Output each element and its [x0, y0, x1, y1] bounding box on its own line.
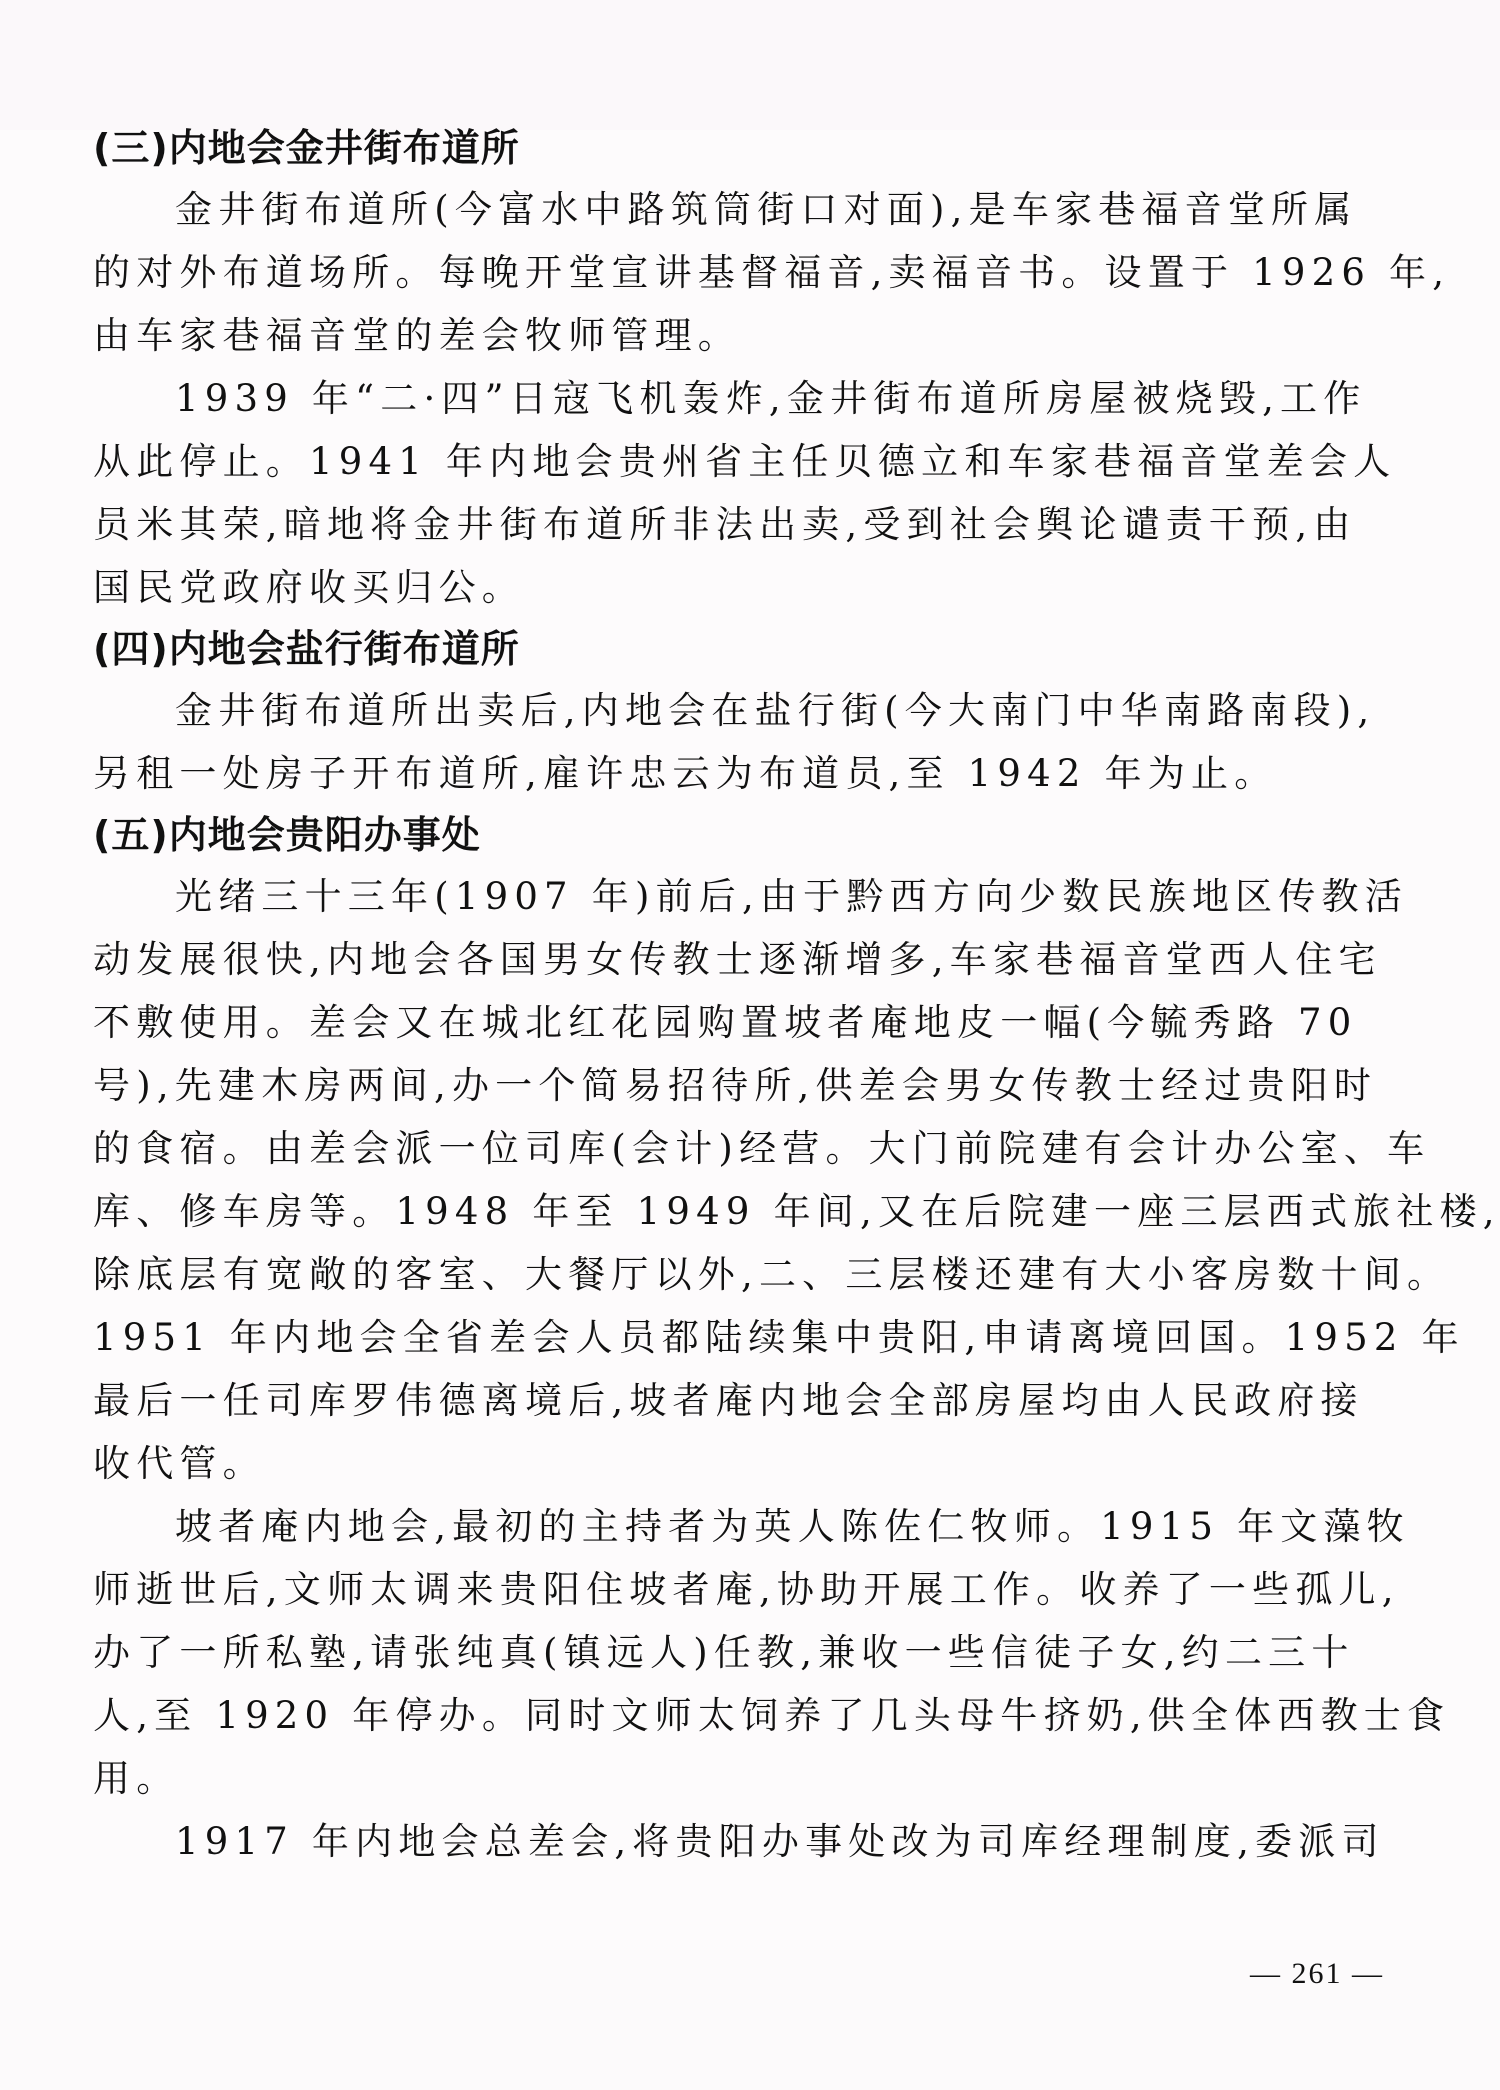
- section-heading-4: (四)内地会盐行街布道所: [93, 619, 1423, 679]
- page-top-margin: [0, 0, 1500, 130]
- paragraph-line: 的食宿。由差会派一位司库(会计)经营。大门前院建有会计办公室、车: [93, 1117, 1423, 1180]
- paragraph-line: 由车家巷福音堂的差会牧师管理。: [93, 304, 1423, 367]
- paragraph-line: 除底层有宽敞的客室、大餐厅以外,二、三层楼还建有大小客房数十间。: [93, 1243, 1423, 1306]
- paragraph-line: 从此停止。1941 年内地会贵州省主任贝德立和车家巷福音堂差会人: [93, 430, 1423, 493]
- section-heading-5: (五)内地会贵阳办事处: [93, 805, 1423, 865]
- paragraph-line: 1951 年内地会全省差会人员都陆续集中贵阳,申请离境回国。1952 年: [93, 1306, 1423, 1369]
- paragraph-line: 不敷使用。差会又在城北红花园购置坡者庵地皮一幅(今毓秀路 70: [93, 991, 1423, 1054]
- paragraph-line: 动发展很快,内地会各国男女传教士逐渐增多,车家巷福音堂西人住宅: [93, 928, 1423, 991]
- paragraph-line: 1939 年“二·四”日寇飞机轰炸,金井街布道所房屋被烧毁,工作: [93, 367, 1423, 430]
- paragraph-line: 1917 年内地会总差会,将贵阳办事处改为司库经理制度,委派司: [93, 1810, 1423, 1873]
- paragraph-line: 收代管。: [93, 1432, 1423, 1495]
- document-page: (三)内地会金井街布道所 金井街布道所(今富水中路筑筒街口对面),是车家巷福音堂…: [93, 118, 1423, 1873]
- paragraph-line: 国民党政府收买归公。: [93, 556, 1423, 619]
- paragraph-line: 员米其荣,暗地将金井街布道所非法出卖,受到社会舆论谴责干预,由: [93, 493, 1423, 556]
- paragraph-line: 光绪三十三年(1907 年)前后,由于黔西方向少数民族地区传教活: [93, 865, 1423, 928]
- paragraph-line: 金井街布道所(今富水中路筑筒街口对面),是车家巷福音堂所属: [93, 178, 1423, 241]
- page-number: — 261 —: [1250, 1957, 1384, 1991]
- paragraph-line: 用。: [93, 1747, 1423, 1810]
- paragraph-line: 另租一处房子开布道所,雇许忠云为布道员,至 1942 年为止。: [93, 742, 1423, 805]
- paragraph-line: 坡者庵内地会,最初的主持者为英人陈佐仁牧师。1915 年文藻牧: [93, 1495, 1423, 1558]
- paragraph-line: 号),先建木房两间,办一个简易招待所,供差会男女传教士经过贵阳时: [93, 1054, 1423, 1117]
- paragraph-line: 师逝世后,文师太调来贵阳住坡者庵,协助开展工作。收养了一些孤儿,: [93, 1558, 1423, 1621]
- paragraph-line: 金井街布道所出卖后,内地会在盐行街(今大南门中华南路南段),: [93, 679, 1423, 742]
- paragraph-line: 人,至 1920 年停办。同时文师太饲养了几头母牛挤奶,供全体西教士食: [93, 1684, 1423, 1747]
- paragraph-line: 最后一任司库罗伟德离境后,坡者庵内地会全部房屋均由人民政府接: [93, 1369, 1423, 1432]
- paragraph-line: 办了一所私塾,请张纯真(镇远人)任教,兼收一些信徒子女,约二三十: [93, 1621, 1423, 1684]
- section-heading-3: (三)内地会金井街布道所: [93, 118, 1423, 178]
- paragraph-line: 库、修车房等。1948 年至 1949 年间,又在后院建一座三层西式旅社楼,: [93, 1180, 1423, 1243]
- paragraph-line: 的对外布道场所。每晚开堂宣讲基督福音,卖福音书。设置于 1926 年,: [93, 241, 1423, 304]
